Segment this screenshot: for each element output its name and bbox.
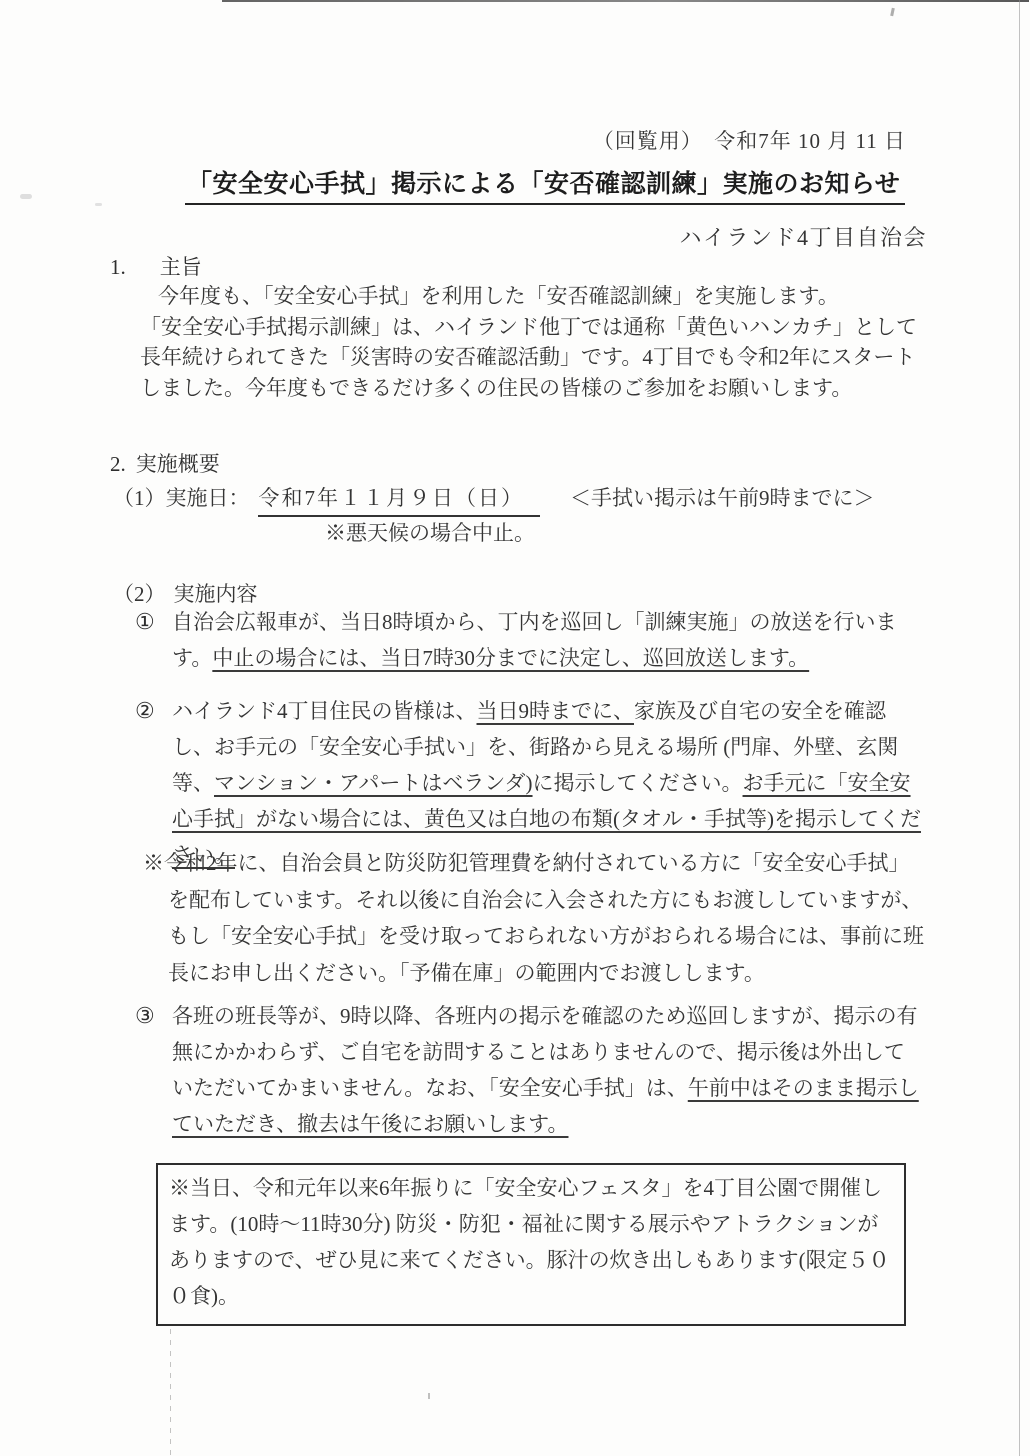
organization-name: ハイランド4丁目自治会 [679,223,927,253]
section-1-number: 1. [110,255,126,279]
circulation-date-line: （回覧用） 令和7年 10 月 11 日 [593,126,906,156]
underlined-text-segment: 当日9時までに、 [477,699,635,723]
group-leader-patrol-text: 各班の班長等が、9時以降、各班内の掲示を確認のため巡回しますが、掲示の有無にかか… [172,998,925,1142]
circled-number-1: ① [135,604,172,676]
festa-announcement-box: ※当日、令和元年以来6年振りに「安全安心フェスタ」を4丁目公園で開催します。(1… [156,1163,906,1326]
implementation-details-label: 実施内容 [174,582,258,606]
scan-speck [890,8,895,16]
section-2-number: 2. [110,452,126,476]
scan-smudge [20,194,32,199]
scanned-notice-page: （回覧用） 令和7年 10 月 11 日 「安全安心手拭」掲示による「安否確認訓… [0,0,1030,1456]
underlined-text-segment: マンション・アパートはベランダ) [214,771,533,795]
scan-smudge [95,203,102,206]
towel-stock-distribution-note: ※令和2年に、自治会員と防災防犯管理費を納付されている方に「安全安心手拭」を配布… [143,845,925,991]
implementation-date-label: 実施日： [166,486,250,510]
group-leader-patrol-item: ③各班の班長等が、9時以降、各班内の掲示を確認のため巡回しますが、掲示の有無にか… [135,998,925,1142]
section-2-heading-text: 実施概要 [136,452,220,476]
notice-title: 「安全安心手拭」掲示による「安否確認訓練」実施のお知らせ [185,170,905,205]
broadcast-vehicle-text: 自治会広報車が、当日8時頃から、丁内を巡回し「訓練実施」の放送を行います。中止の… [172,604,925,676]
section-1-paragraph: 今年度も、「安全安心手拭」を利用した「安否確認訓練」を実施します。「安全安心手拭… [140,281,928,403]
text-segment: に掲示してください。 [533,771,743,795]
section-1-body-text: 「安全安心手拭掲示訓練」は、ハイランド他丁では通称「黄色いハンカチ」として長年続… [140,315,917,400]
festa-announcement-text: ※当日、令和元年以来6年振りに「安全安心フェスタ」を4丁目公園で開催します。(1… [169,1176,890,1308]
scan-right-edge-line [1019,0,1020,1456]
underlined-text-segment: 中止の場合には、当日7時30分までに決定し、巡回放送します。 [212,646,809,670]
implementation-date-item: （1）実施日：令和7年１１月９日（日）＜手拭い掲示は午前9時までに＞ [113,483,875,517]
section-1-heading-text: 主旨 [160,255,202,279]
item-2-number: （2） [113,582,166,606]
event-date: 令和7年１１月９日（日） [258,483,541,517]
scan-speck [428,1393,430,1399]
item-1-number: （1） [113,486,166,510]
circled-number-3: ③ [135,998,172,1142]
section-2-heading: 2.実施概要 [110,449,220,479]
text-segment: ハイランド4丁目住民の皆様は、 [172,699,477,723]
section-1-intro-sentence: 今年度も、「安全安心手拭」を利用した「安否確認訓練」を実施します。 [140,281,928,312]
display-deadline-note: ＜手拭い掲示は午前9時までに＞ [570,486,875,510]
broadcast-vehicle-item: ①自治会広報車が、当日8時頃から、丁内を巡回し「訓練実施」の放送を行います。中止… [135,604,925,676]
notice-title-text: 「安全安心手拭」掲示による「安否確認訓練」実施のお知らせ [185,170,905,205]
scan-top-edge-line [222,0,1029,2]
section-1-heading: 1.主旨 [110,252,202,282]
bad-weather-cancellation-note: ※悪天候の場合中止。 [325,518,535,548]
